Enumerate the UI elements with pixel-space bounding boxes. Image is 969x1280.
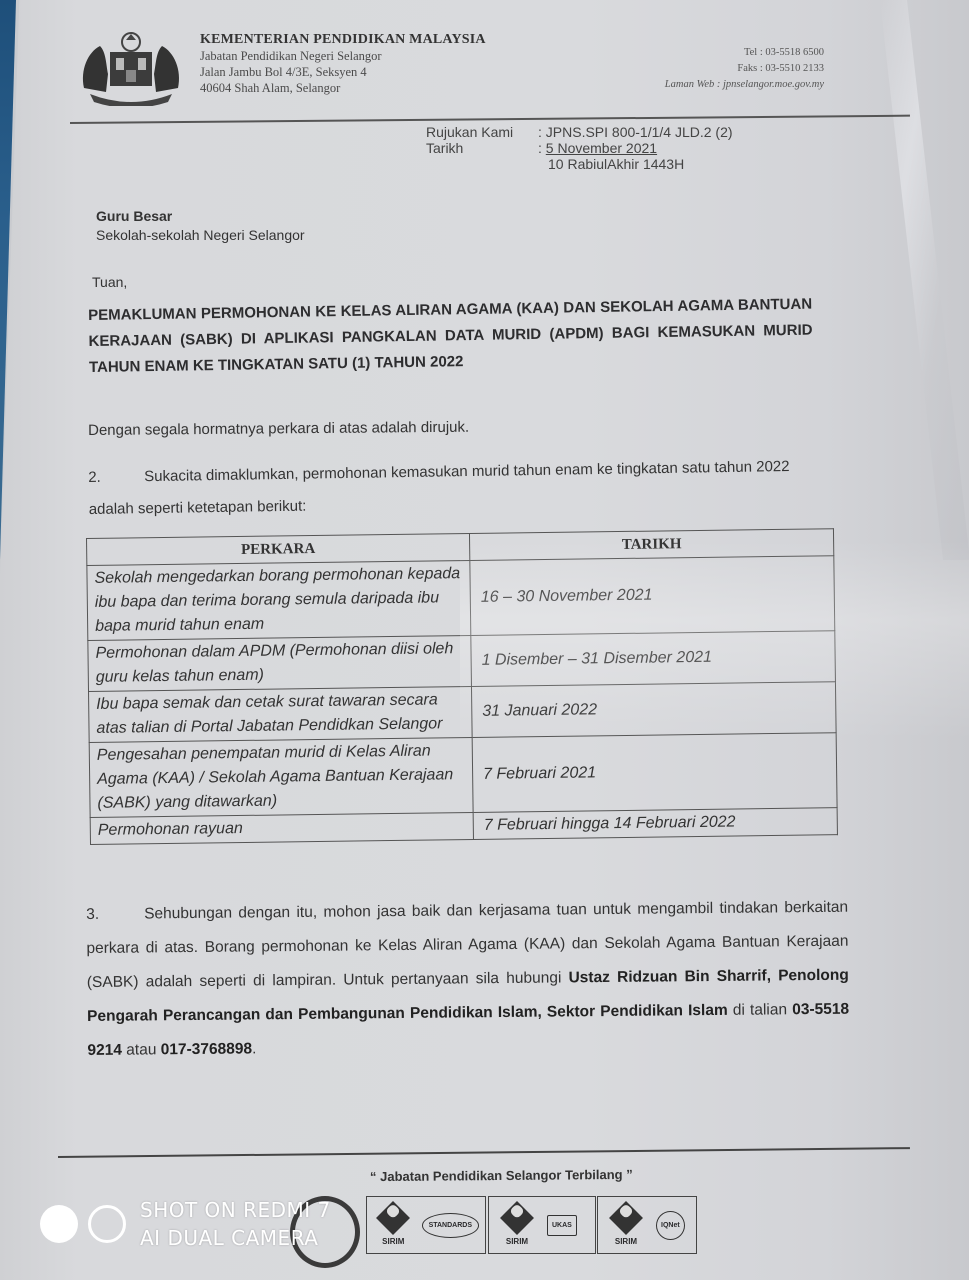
cell-perkara: Ibu bapa semak dan cetak surat tawaran s… [89,686,473,742]
quality-system-icon [500,1201,534,1235]
paragraph-2-text: Sukacita dimaklumkan, permohonan kemasuk… [89,458,790,518]
standards-logo-icon: STANDARDS [422,1213,479,1238]
address-line-1: Jalan Jambu Bol 4/3E, Seksyen 4 [200,64,486,80]
certification-badge-2: SIRIM UKAS [488,1196,596,1254]
cert-brand: SIRIM [615,1237,637,1246]
paragraph-3-end: . [252,1040,256,1057]
contact-phone-2: 017-3768898 [161,1040,253,1058]
paragraph-3-connector: di talian [728,1001,793,1019]
salutation: Tuan, [92,274,127,290]
schedule-table: PERKARA TARIKH Sekolah mengedarkan boran… [86,528,838,845]
letterhead-contact: Tel : 03-5518 6500 Faks : 03-5510 2133 L… [610,45,824,93]
reference-label: Rujukan Kami [426,124,538,140]
cell-tarikh: 31 Januari 2022 [471,682,836,738]
cell-perkara: Permohonan dalam APDM (Permohonan diisi … [88,635,472,691]
date-label: Tarikh [426,140,538,156]
fax: Faks : 03-5510 2133 [610,61,824,77]
quality-system-icon [376,1201,410,1235]
cell-tarikh: 16 – 30 November 2021 [470,556,835,636]
ministry-name: KEMENTERIAN PENDIDIKAN MALAYSIA [200,32,486,48]
cell-perkara: Pengesahan penempatan murid di Kelas Ali… [89,737,473,817]
address-line-2: 40604 Shah Alam, Selangor [200,80,486,96]
cert-brand: SIRIM [382,1237,404,1246]
telephone: Tel : 03-5518 6500 [610,45,824,61]
cell-perkara: Permohonan rayuan [90,812,473,844]
coat-of-arms-icon [76,30,186,106]
cell-perkara: Sekolah mengedarkan borang permohonan ke… [87,560,471,640]
letter-document: KEMENTERIAN PENDIDIKAN MALAYSIA Jabatan … [0,0,969,1280]
cell-tarikh: 7 Februari 2021 [472,733,837,813]
letterhead-organization: KEMENTERIAN PENDIDIKAN MALAYSIA Jabatan … [200,32,486,96]
cert-brand: SIRIM [506,1237,528,1246]
table-row: Sekolah mengedarkan borang permohonan ke… [87,556,835,641]
footer-divider [58,1147,910,1158]
paragraph-3-number: 3. [86,897,144,932]
cell-tarikh: 1 Disember – 31 Disember 2021 [471,631,836,687]
paragraph-3-or: atau [122,1041,161,1058]
certification-badge-1: SIRIM STANDARDS [366,1196,486,1254]
quality-system-icon [609,1201,643,1235]
cell-tarikh: 7 Februari hingga 14 Februari 2022 [473,808,837,840]
certification-badge-3: SIRIM IQNet [597,1196,697,1254]
header-divider [70,115,910,124]
paragraph-2-number: 2. [88,461,144,494]
reference-block: Rujukan Kami: JPNS.SPI 800-1/1/4 JLD.2 (… [426,124,733,172]
watermark-line-1: SHOT ON REDMI 7 [140,1196,331,1224]
paragraph-2: 2.Sukacita dimaklumkan, permohonan kemas… [88,451,817,526]
recipient-block: Guru Besar Sekolah-sekolah Negeri Selang… [96,207,305,245]
reference-value: : JPNS.SPI 800-1/1/4 JLD.2 (2) [538,124,733,140]
website: Laman Web : jpnselangor.moe.gov.my [610,77,824,93]
recipient-title: Guru Besar [96,207,305,226]
paragraph-3: 3.Sehubungan dengan itu, mohon jasa baik… [86,891,850,1068]
paragraph-1: Dengan segala hormatnya perkara di atas … [88,419,469,439]
ukas-logo-icon: UKAS [547,1215,577,1236]
table-row: Pengesahan penempatan murid di Kelas Ali… [89,733,837,818]
letter-subject: PEMAKLUMAN PERMOHONAN KE KELAS ALIRAN AG… [88,292,813,381]
date-value: 5 November 2021 [546,140,657,156]
iqnet-logo-icon: IQNet [656,1211,685,1240]
footer-motto: “ Jabatan Pendidikan Selangor Terbilang … [370,1167,633,1184]
hijri-date: 10 RabiulAkhir 1443H [538,156,684,172]
watermark-line-2: AI DUAL CAMERA [140,1224,331,1252]
camera-dual-lens-icon [40,1205,126,1243]
department-name: Jabatan Pendidikan Negeri Selangor [200,48,486,64]
camera-watermark: SHOT ON REDMI 7 AI DUAL CAMERA [40,1196,331,1252]
recipient-institution: Sekolah-sekolah Negeri Selangor [96,226,305,245]
